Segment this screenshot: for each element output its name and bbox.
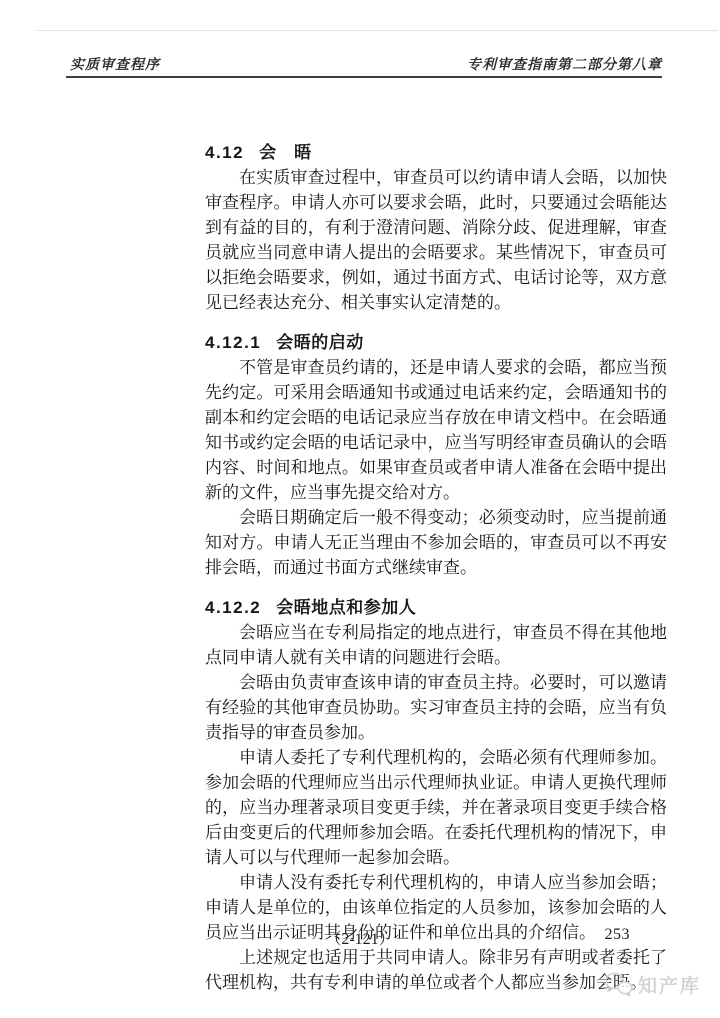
paragraph: 在实质审查过程中，审查员可以约请申请人会晤，以加快审查程序。申请人亦可以要求会晤… bbox=[205, 165, 667, 315]
paragraph: 申请人委托了专利代理机构的，会晤必须有代理师参加。参加会晤的代理师应当出示代理师… bbox=[205, 745, 667, 870]
paragraph: 会晤日期确定后一般不得变动；必须变动时，应当提前通知对方。申请人无正当理由不参加… bbox=[205, 505, 667, 580]
section-number: 4.12.1 bbox=[205, 333, 261, 352]
running-header: 实质审查程序 专利审查指南第二部分第八章 bbox=[66, 54, 662, 74]
page-top-edge bbox=[36, 30, 718, 31]
document-body: 4.12会 晤 在实质审查过程中，审查员可以约请申请人会晤，以加快审查程序。申请… bbox=[205, 140, 667, 995]
running-header-left: 实质审查程序 bbox=[66, 54, 160, 74]
page-number: 253 bbox=[605, 926, 631, 944]
section-heading-4-12-1: 4.12.1会晤的启动 bbox=[205, 330, 667, 355]
wechat-icon bbox=[603, 971, 633, 998]
header-rule bbox=[66, 76, 662, 78]
watermark-text: 知产库 bbox=[638, 971, 701, 998]
section-title: 会 晤 bbox=[259, 143, 312, 162]
paragraph: 上述规定也适用于共同申请人。除非另有声明或者委托了代理机构，共有专利申请的单位或… bbox=[205, 945, 667, 995]
paragraph: 不管是审查员约请的，还是申请人要求的会晤，都应当预先约定。可采用会晤通知书或通过… bbox=[205, 355, 667, 505]
page-footer: （2-121） 253 bbox=[0, 926, 720, 948]
watermark: 知产库 bbox=[603, 971, 701, 998]
paragraph: 会晤应当在专利局指定的地点进行，审查员不得在其他地点同申请人就有关申请的问题进行… bbox=[205, 620, 667, 670]
running-header-right: 专利审查指南第二部分第八章 bbox=[467, 54, 662, 74]
section-heading-4-12-2: 4.12.2会晤地点和参加人 bbox=[205, 595, 667, 620]
section-number: 4.12.2 bbox=[205, 598, 261, 617]
paragraph: 会晤由负责审查该申请的审查员主持。必要时，可以邀请有经验的其他审查员协助。实习审… bbox=[205, 670, 667, 745]
section-title: 会晤的启动 bbox=[276, 333, 364, 352]
section-number: 4.12 bbox=[205, 143, 244, 162]
section-title: 会晤地点和参加人 bbox=[276, 598, 416, 617]
section-heading-4-12: 4.12会 晤 bbox=[205, 140, 667, 165]
